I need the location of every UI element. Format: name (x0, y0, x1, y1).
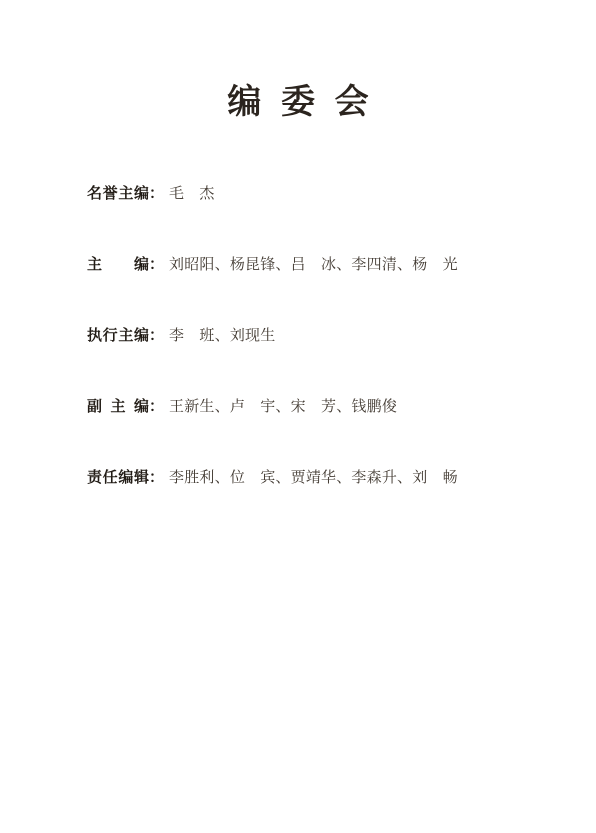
page-title: 编 委 会 (0, 74, 596, 123)
committee-row-deputy-editor: 副主编：王新生、卢 宇、宋 芳、钱鹏俊 (62, 380, 566, 434)
colon: ： (149, 327, 164, 344)
names: 刘昭阳、杨昆锋、吕 冰、李四清、杨 光 (169, 257, 458, 273)
colon: ： (149, 398, 164, 415)
committee-row-responsible-editor: 责任编辑：李胜利、位 宾、贾靖华、李森升、刘 畅 (62, 451, 566, 505)
committee-row-honorary-editor: 名誉主编：毛 杰 (62, 167, 566, 221)
role-label: 主编 (87, 256, 149, 274)
role-label: 副主编 (87, 398, 149, 416)
committee-row-executive-editor: 执行主编：李 班、刘现生 (62, 309, 566, 363)
names: 李 班、刘现生 (169, 328, 275, 344)
committee-row-chief-editor: 主编：刘昭阳、杨昆锋、吕 冰、李四清、杨 光 (62, 238, 566, 292)
colon: ： (149, 256, 164, 273)
role-label: 名誉主编 (87, 185, 149, 203)
committee-list: 名誉主编：毛 杰 主编：刘昭阳、杨昆锋、吕 冰、李四清、杨 光 执行主编：李 班… (62, 167, 566, 522)
colon: ： (149, 185, 164, 202)
names: 李胜利、位 宾、贾靖华、李森升、刘 畅 (169, 470, 458, 486)
editorial-board-page: 编 委 会 名誉主编：毛 杰 主编：刘昭阳、杨昆锋、吕 冰、李四清、杨 光 执行… (0, 0, 596, 833)
names: 毛 杰 (169, 186, 215, 202)
names: 王新生、卢 宇、宋 芳、钱鹏俊 (169, 399, 397, 415)
colon: ： (149, 469, 164, 486)
role-label: 执行主编 (87, 327, 149, 345)
role-label: 责任编辑 (87, 469, 149, 487)
